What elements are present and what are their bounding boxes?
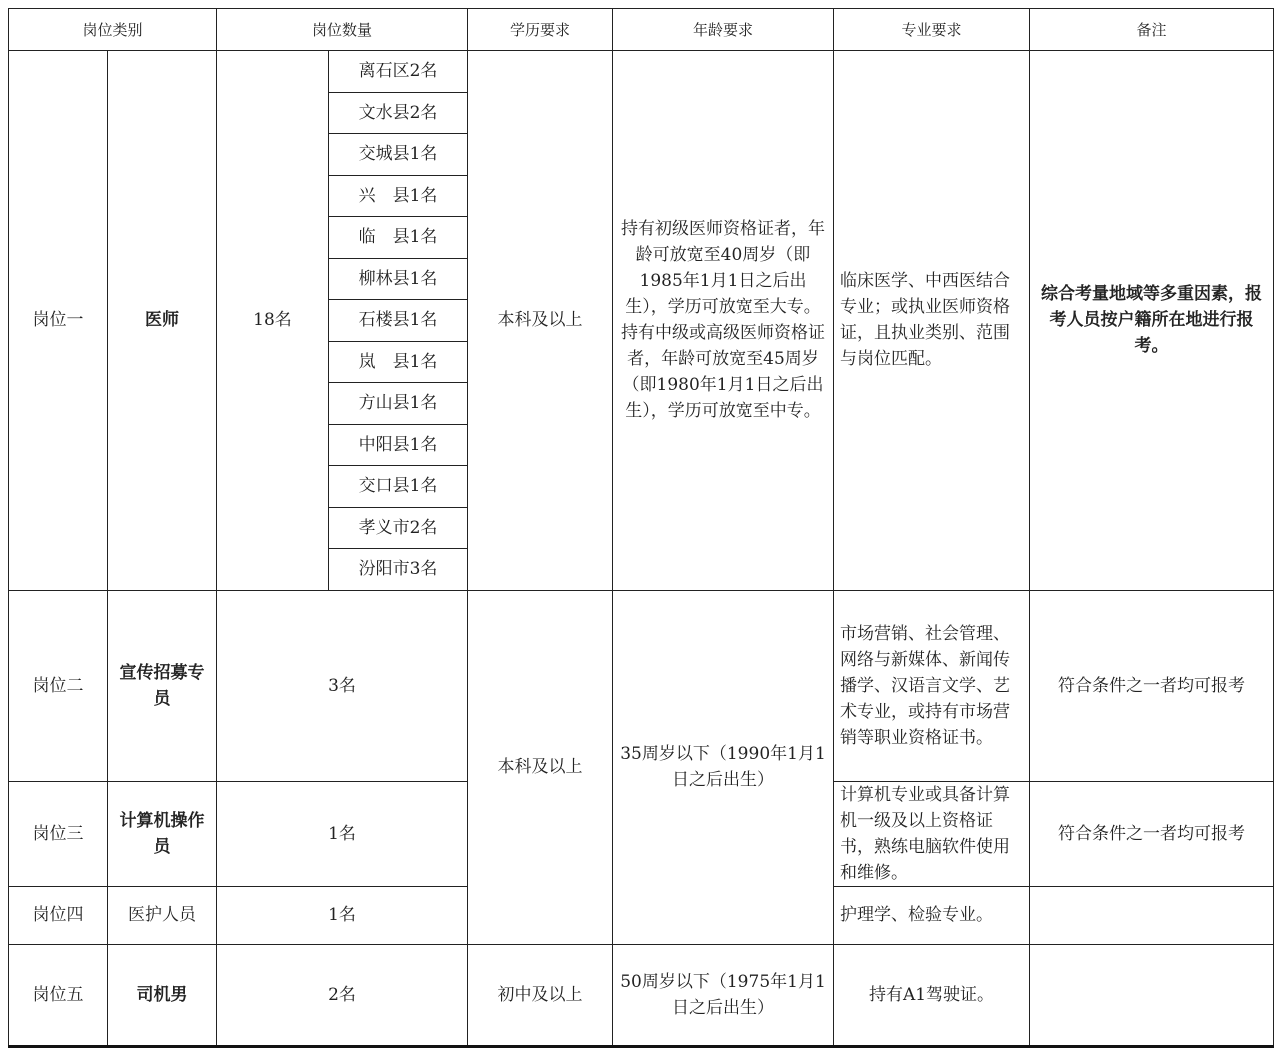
header-note: 备注 xyxy=(1030,9,1274,51)
age-req: 50周岁以下（1975年1月1日之后出生） xyxy=(613,944,834,1046)
position-title: 司机男 xyxy=(108,944,217,1046)
job-requirements-table: 岗位类别 岗位数量 学历要求 年龄要求 专业要求 备注 岗位一 医师 18名 离… xyxy=(8,8,1274,1048)
position-count: 1名 xyxy=(217,886,468,944)
education-req: 初中及以上 xyxy=(468,944,613,1046)
breakdown-item: 柳林县1名 xyxy=(329,258,468,300)
breakdown-item: 离石区2名 xyxy=(329,51,468,93)
header-major: 专业要求 xyxy=(834,9,1030,51)
position-id: 岗位四 xyxy=(9,886,108,944)
note: 综合考量地域等多重因素，报考人员按户籍所在地进行报考。 xyxy=(1030,51,1274,591)
breakdown-item: 方山县1名 xyxy=(329,383,468,425)
position-title: 医师 xyxy=(108,51,217,591)
major-req: 临床医学、中西医结合专业；或执业医师资格证，且执业类别、范围与岗位匹配。 xyxy=(834,51,1030,591)
position-id: 岗位三 xyxy=(9,781,108,886)
position-count: 3名 xyxy=(217,590,468,781)
education-req: 本科及以上 xyxy=(468,51,613,591)
position-title: 医护人员 xyxy=(108,886,217,944)
position-id: 岗位一 xyxy=(9,51,108,591)
age-req: 35周岁以下（1990年1月1日之后出生） xyxy=(613,590,834,944)
education-req: 本科及以上 xyxy=(468,590,613,944)
header-category: 岗位类别 xyxy=(9,9,217,51)
major-req: 计算机专业或具备计算机一级及以上资格证书，熟练电脑软件使用和维修。 xyxy=(834,781,1030,886)
position-id: 岗位五 xyxy=(9,944,108,1046)
header-count: 岗位数量 xyxy=(217,9,468,51)
table-row: 岗位一 医师 18名 离石区2名 本科及以上 持有初级医师资格证者，年龄可放宽至… xyxy=(9,51,1274,93)
breakdown-item: 兴 县1名 xyxy=(329,175,468,217)
position-count: 1名 xyxy=(217,781,468,886)
note: 符合条件之一者均可报考 xyxy=(1030,781,1274,886)
header-age: 年龄要求 xyxy=(613,9,834,51)
major-req: 护理学、检验专业。 xyxy=(834,886,1030,944)
position-count: 2名 xyxy=(217,944,468,1046)
table-row: 岗位二 宣传招募专员 3名 本科及以上 35周岁以下（1990年1月1日之后出生… xyxy=(9,590,1274,781)
position-count: 18名 xyxy=(217,51,329,591)
breakdown-item: 中阳县1名 xyxy=(329,424,468,466)
note xyxy=(1030,944,1274,1046)
position-id: 岗位二 xyxy=(9,590,108,781)
note xyxy=(1030,886,1274,944)
breakdown-item: 交口县1名 xyxy=(329,466,468,508)
header-row: 岗位类别 岗位数量 学历要求 年龄要求 专业要求 备注 xyxy=(9,9,1274,51)
breakdown-item: 文水县2名 xyxy=(329,92,468,134)
breakdown-item: 孝义市2名 xyxy=(329,507,468,549)
breakdown-item: 石楼县1名 xyxy=(329,300,468,342)
table-row: 岗位五 司机男 2名 初中及以上 50周岁以下（1975年1月1日之后出生） 持… xyxy=(9,944,1274,1046)
note: 符合条件之一者均可报考 xyxy=(1030,590,1274,781)
major-req: 持有A1驾驶证。 xyxy=(834,944,1030,1046)
breakdown-item: 汾阳市3名 xyxy=(329,549,468,591)
breakdown-item: 交城县1名 xyxy=(329,134,468,176)
major-req: 市场营销、社会管理、网络与新媒体、新闻传播学、汉语言文学、艺术专业，或持有市场营… xyxy=(834,590,1030,781)
breakdown-item: 临 县1名 xyxy=(329,217,468,259)
header-education: 学历要求 xyxy=(468,9,613,51)
age-req: 持有初级医师资格证者，年龄可放宽至40周岁（即1985年1月1日之后出生），学历… xyxy=(613,51,834,591)
position-title: 宣传招募专员 xyxy=(108,590,217,781)
position-title: 计算机操作员 xyxy=(108,781,217,886)
breakdown-item: 岚 县1名 xyxy=(329,341,468,383)
